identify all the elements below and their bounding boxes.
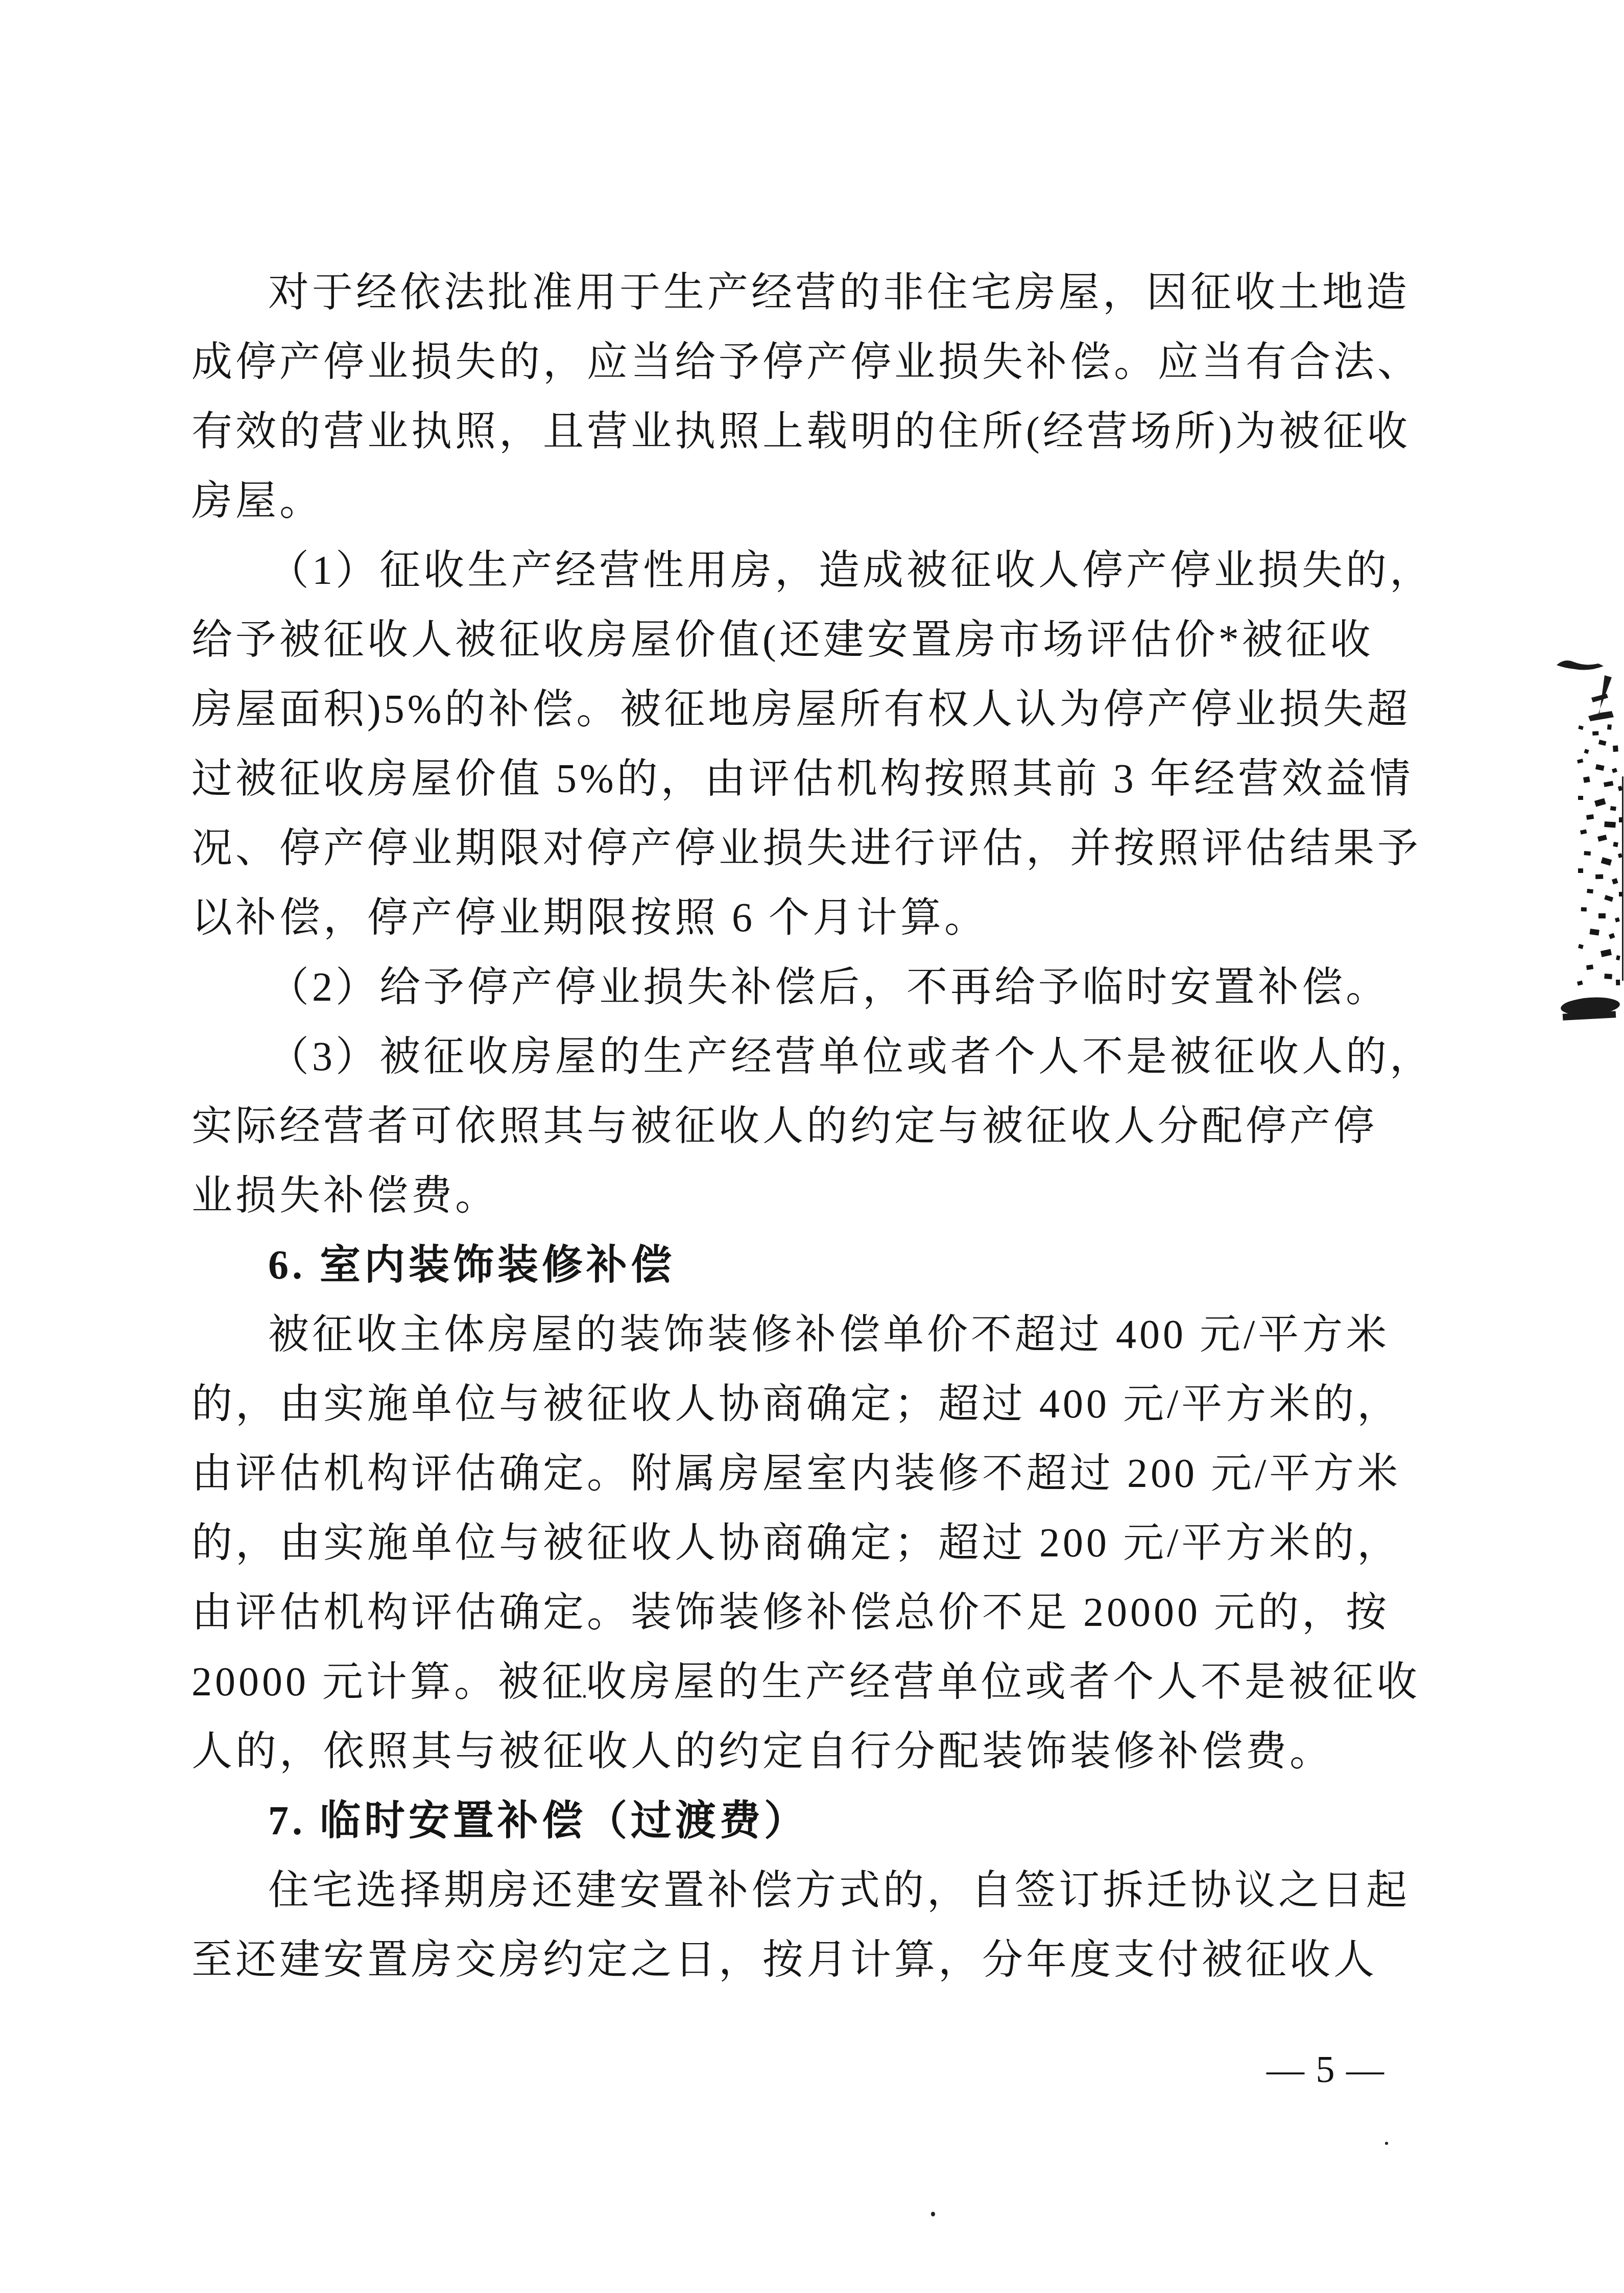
text-line: 的，由实施单位与被征收人协商确定；超过 400 元/平方米的， — [192, 1369, 1453, 1439]
scanned-document-page: 对于经依法批准用于生产经营的非住宅房屋，因征收土地造成停产停业损失的，应当给予停… — [0, 0, 1624, 2293]
text-line: （3）被征收房屋的生产经营单位或者个人不是被征收人的， — [192, 1022, 1453, 1092]
text-line: 的，由实施单位与被征收人协商确定；超过 200 元/平方米的， — [192, 1508, 1453, 1578]
text-line: 由评估机构评估确定。附属房屋室内装修不超过 200 元/平方米 — [192, 1439, 1453, 1508]
text-line: （1）征收生产经营性用房，造成被征收人停产停业损失的， — [192, 536, 1453, 605]
text-line: 人的，依照其与被征收人的约定自行分配装饰装修补偿费。 — [192, 1717, 1453, 1786]
page-number: — 5 — — [1267, 2048, 1385, 2092]
text-line: 房屋。 — [192, 466, 1453, 536]
text-line: 给予被征收人被征收房屋价值(还建安置房市场评估价*被征收 — [192, 605, 1453, 675]
text-line: 20000 元计算。被征收房屋的生产经营单位或者个人不是被征收 — [192, 1647, 1453, 1717]
scan-speck — [931, 2212, 935, 2216]
text-line: 实际经营者可依照其与被征收人的约定与被征收人分配停产停 — [192, 1092, 1453, 1161]
text-line: 成停产停业损失的，应当给予停产停业损失补偿。应当有合法、 — [192, 327, 1453, 397]
text-line: 住宅选择期房还建安置补偿方式的，自签订拆迁协议之日起 — [192, 1856, 1453, 1925]
ink-smudge-artifact — [1547, 649, 1624, 1088]
text-line: 以补偿，停产停业期限按照 6 个月计算。 — [192, 883, 1453, 953]
scan-speck — [226, 423, 230, 427]
text-line: 6. 室内装饰装修补偿 — [192, 1231, 1453, 1300]
text-line: 过被征收房屋价值 5%的，由评估机构按照其前 3 年经营效益情 — [192, 744, 1453, 814]
text-line: 有效的营业执照，且营业执照上载明的住所(经营场所)为被征收 — [192, 397, 1453, 466]
text-line: 7. 临时安置补偿（过渡费） — [192, 1786, 1453, 1856]
text-line: 至还建安置房交房约定之日，按月计算，分年度支付被征收人 — [192, 1925, 1453, 1995]
scan-speck — [583, 1695, 586, 1698]
document-body: 对于经依法批准用于生产经营的非住宅房屋，因征收土地造成停产停业损失的，应当给予停… — [192, 258, 1453, 1995]
text-line: 被征收主体房屋的装饰装修补偿单价不超过 400 元/平方米 — [192, 1300, 1453, 1369]
text-line: 由评估机构评估确定。装饰装修补偿总价不足 20000 元的，按 — [192, 1578, 1453, 1647]
text-line: 况、停产停业期限对停产停业损失进行评估，并按照评估结果予 — [192, 814, 1453, 883]
text-line: 房屋面积)5%的补偿。被征地房屋所有权人认为停产停业损失超 — [192, 675, 1453, 744]
scan-speck — [1385, 2142, 1388, 2145]
text-line: 对于经依法批准用于生产经营的非住宅房屋，因征收土地造 — [192, 258, 1453, 327]
text-line: （2）给予停产停业损失补偿后，不再给予临时安置补偿。 — [192, 953, 1453, 1022]
text-line: 业损失补偿费。 — [192, 1161, 1453, 1231]
